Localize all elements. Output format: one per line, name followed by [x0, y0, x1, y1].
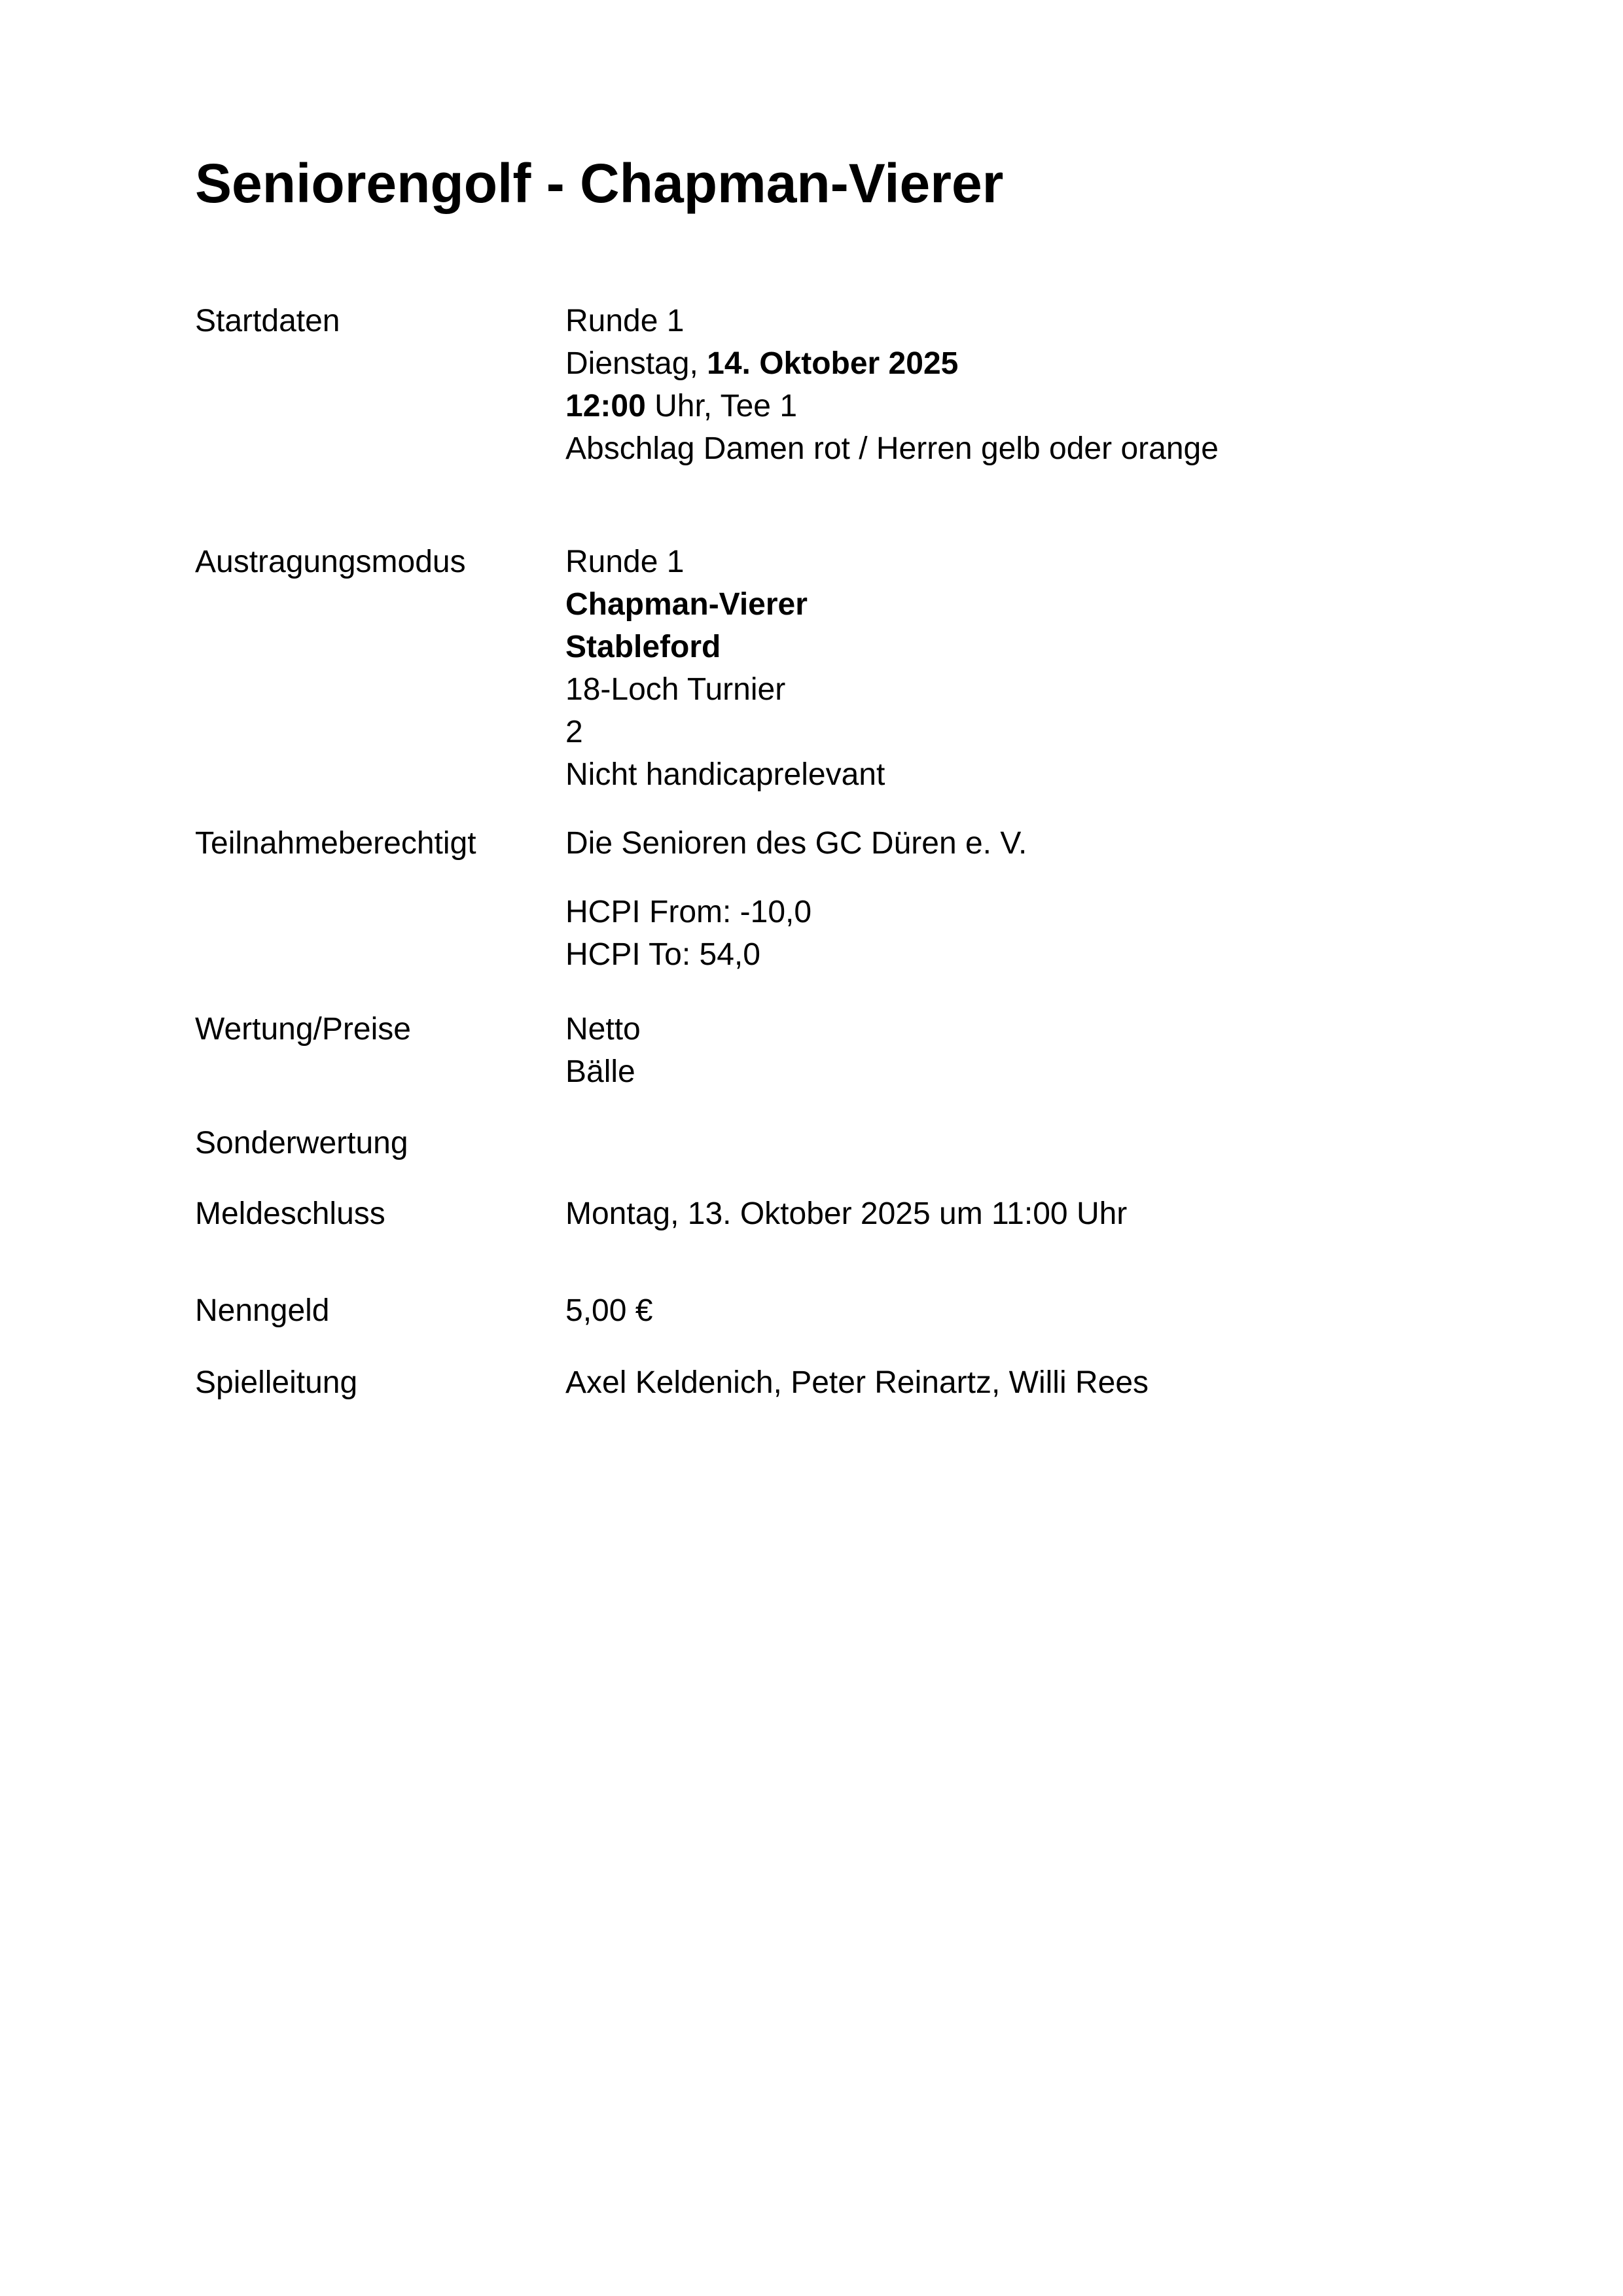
- wertung-line-1: Netto: [565, 1008, 641, 1050]
- label-spielleitung: Spielleitung: [195, 1361, 357, 1404]
- tee: Uhr, Tee 1: [646, 389, 797, 423]
- start-date: Dienstag, 14. Oktober 2025: [565, 342, 1219, 385]
- value-nenngeld: 5,00 €: [565, 1289, 652, 1332]
- number: 2: [565, 711, 885, 753]
- label-wertung: Wertung/Preise: [195, 1008, 411, 1050]
- value-startdaten: Runde 1 Dienstag, 14. Oktober 2025 12:00…: [565, 300, 1219, 470]
- spacer: [565, 865, 1027, 891]
- value-wertung: Netto Bälle: [565, 1008, 641, 1093]
- wertung-line-2: Bälle: [565, 1050, 641, 1093]
- handicap-relevance: Nicht handicaprelevant: [565, 753, 885, 796]
- eligible-group: Die Senioren des GC Düren e. V.: [565, 822, 1027, 865]
- time: 12:00: [565, 389, 646, 423]
- format: Chapman-Vierer: [565, 583, 885, 626]
- label-meldeschluss: Meldeschluss: [195, 1193, 385, 1235]
- weekday: Dienstag,: [565, 346, 707, 381]
- date: 14. Oktober 2025: [707, 346, 958, 381]
- value-teilnahme: Die Senioren des GC Düren e. V. HCPI Fro…: [565, 822, 1027, 976]
- label-startdaten: Startdaten: [195, 300, 340, 342]
- holes: 18-Loch Turnier: [565, 668, 885, 711]
- label-sonderwertung: Sonderwertung: [195, 1122, 408, 1164]
- hcpi-to: HCPI To: 54,0: [565, 933, 1027, 976]
- label-austragungsmodus: Austragungsmodus: [195, 541, 466, 583]
- scoring: Stableford: [565, 626, 885, 668]
- label-nenngeld: Nenngeld: [195, 1289, 330, 1332]
- page-title: Seniorengolf - Chapman-Vierer: [195, 156, 1003, 211]
- start-time: 12:00 Uhr, Tee 1: [565, 385, 1219, 427]
- label-teilnahme: Teilnahmeberechtigt: [195, 822, 476, 865]
- format-text: Chapman-Vierer: [565, 587, 808, 622]
- value-austragungsmodus: Runde 1 Chapman-Vierer Stableford 18-Loc…: [565, 541, 885, 796]
- tee-info: Abschlag Damen rot / Herren gelb oder or…: [565, 427, 1219, 470]
- round: Runde 1: [565, 541, 885, 583]
- hcpi-from: HCPI From: -10,0: [565, 891, 1027, 933]
- value-spielleitung: Axel Keldenich, Peter Reinartz, Willi Re…: [565, 1361, 1149, 1404]
- round: Runde 1: [565, 300, 1219, 342]
- value-meldeschluss: Montag, 13. Oktober 2025 um 11:00 Uhr: [565, 1193, 1127, 1235]
- scoring-text: Stableford: [565, 630, 721, 664]
